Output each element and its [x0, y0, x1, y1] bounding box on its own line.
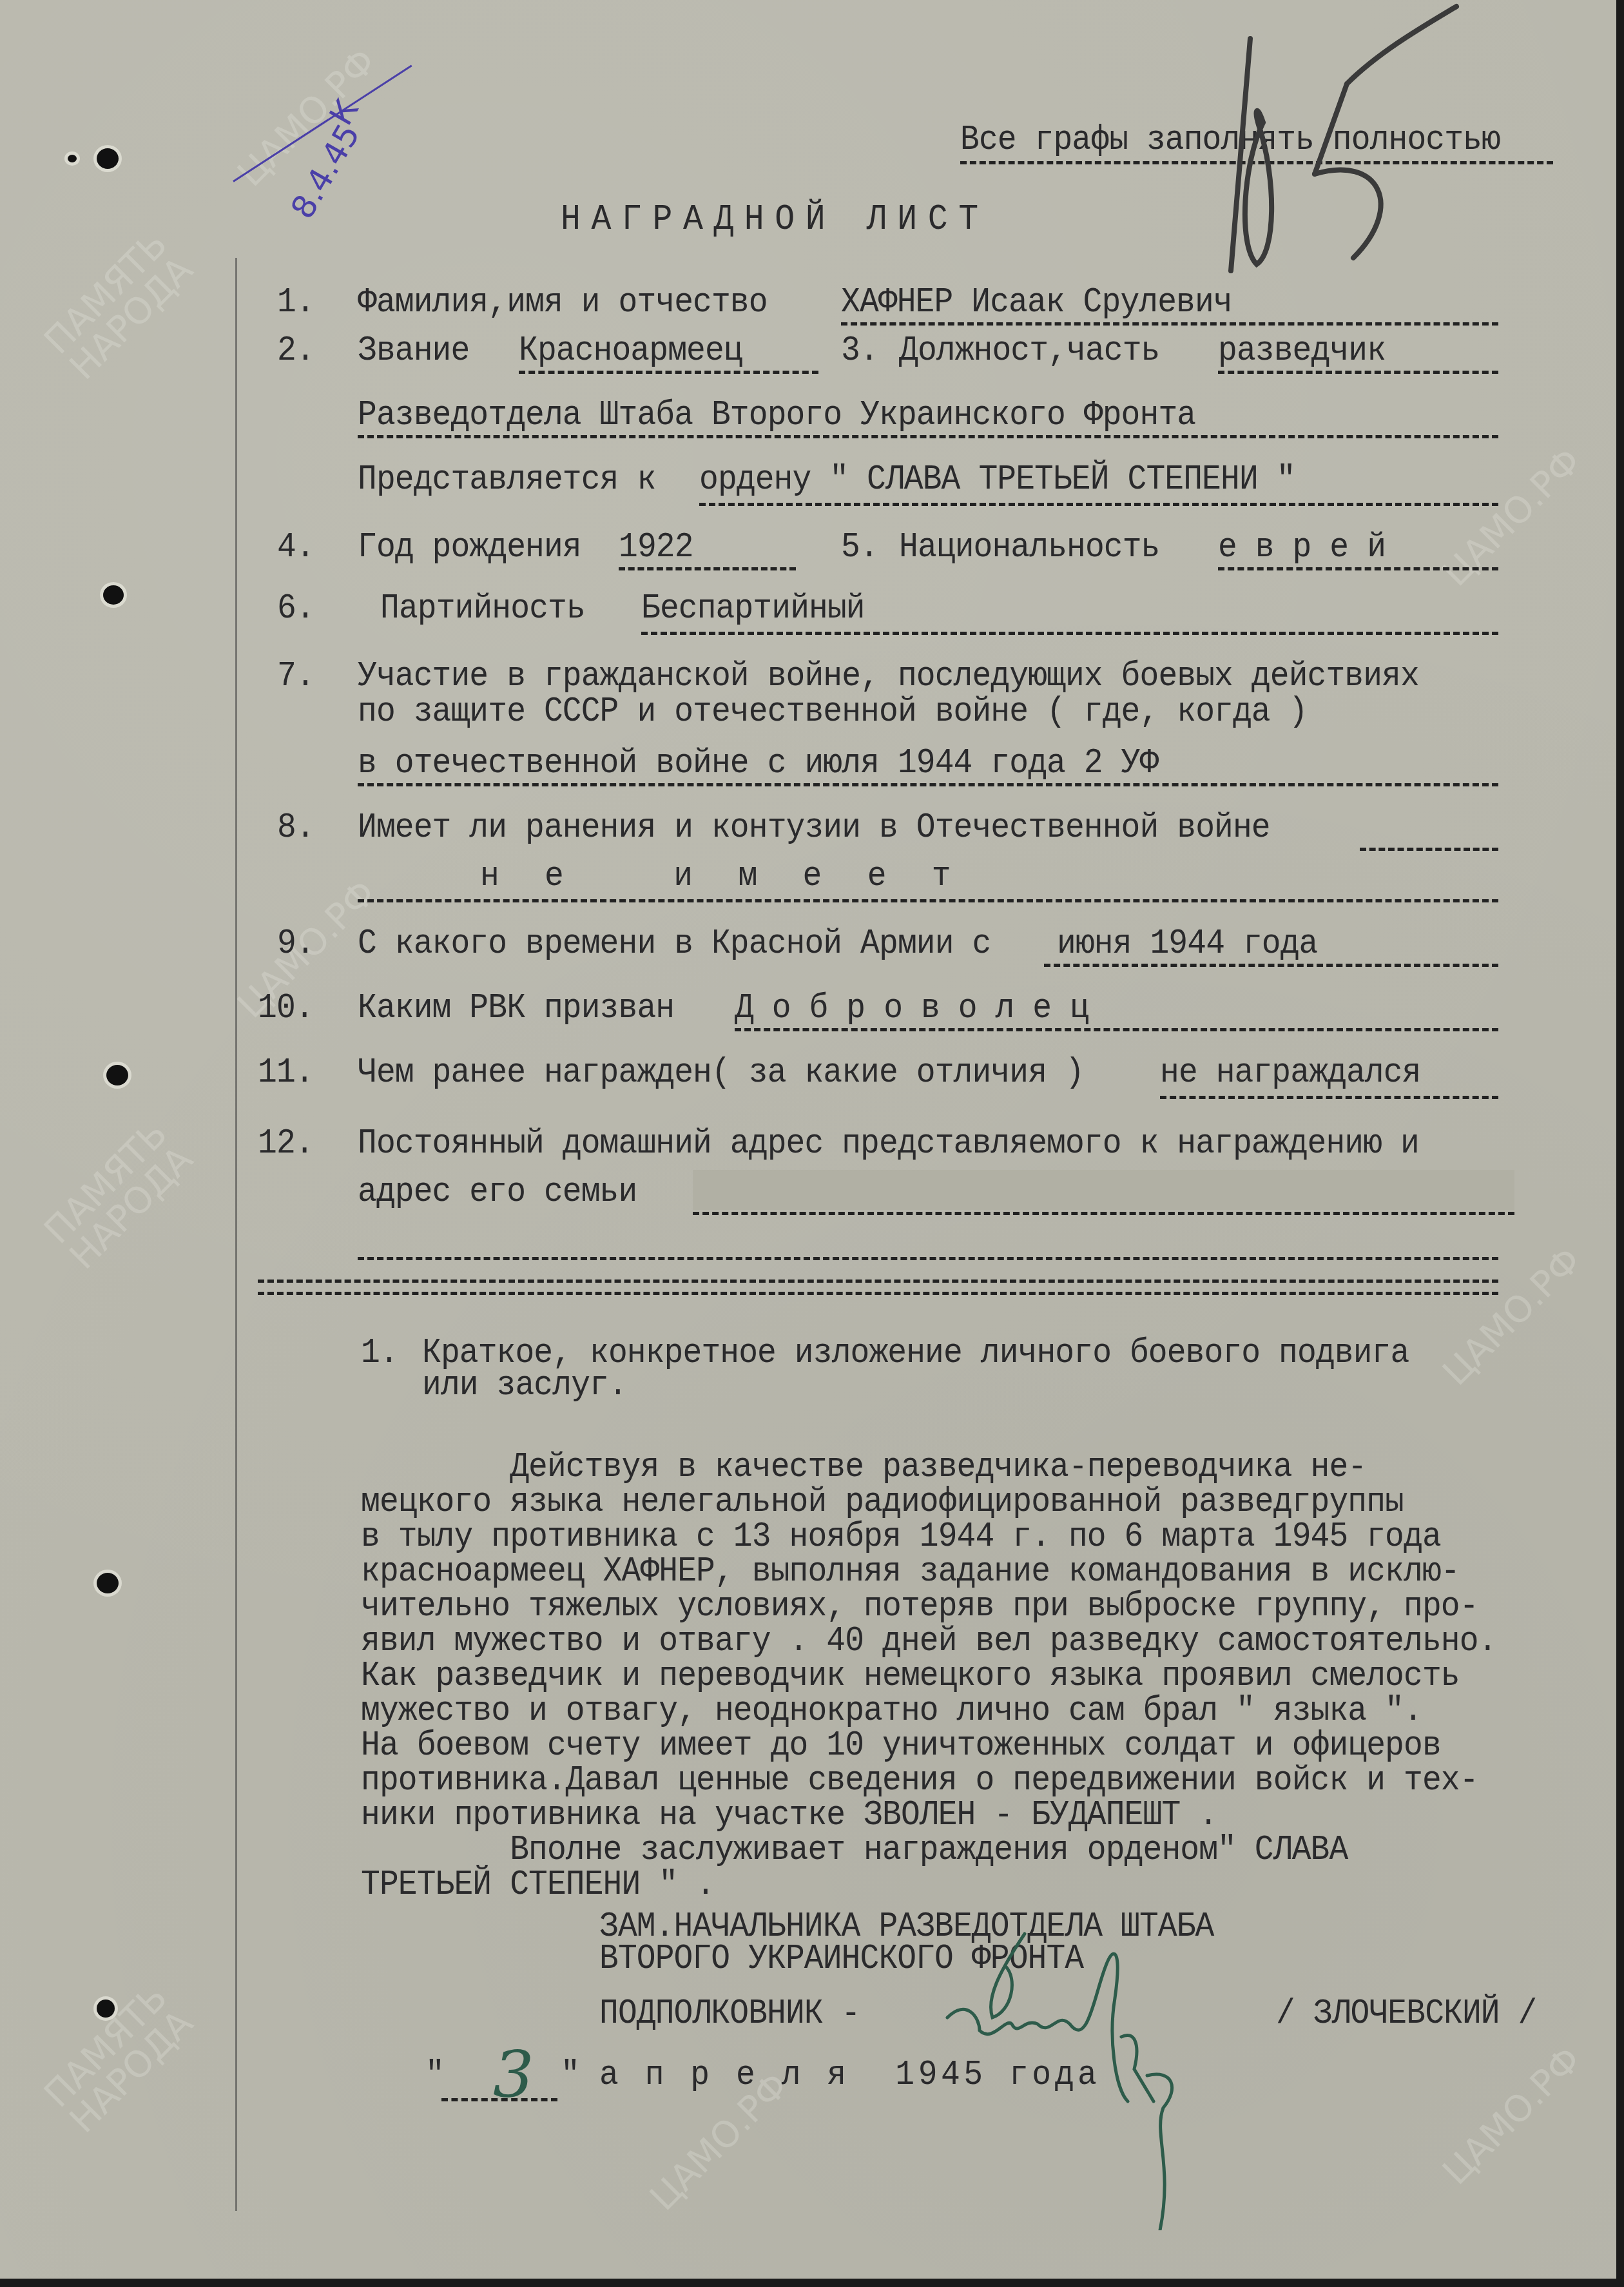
field-4-value[interactable]: 1922: [619, 529, 693, 567]
punch-hole: [103, 585, 124, 605]
field-8-number: 8.: [277, 809, 314, 848]
field-12-underline: [693, 1212, 1514, 1218]
handwritten-number-185: 185: [1186, 0, 1482, 284]
field-7-value[interactable]: в отечественной войне с июля 1944 года 2…: [358, 744, 1158, 783]
narrative-line: явил мужество и отвагу . 40 дней вел раз…: [361, 1624, 1487, 1659]
narrative-line: мужество и отвагу, неоднократно лично са…: [361, 1694, 1487, 1729]
field-2-underline: [519, 371, 818, 377]
field-7-label-line2: по защите СССР и отечественной войне ( г…: [358, 693, 1308, 732]
field-12-redacted-value: [693, 1170, 1514, 1210]
punch-hole: [97, 148, 119, 169]
field-1-value[interactable]: ХАФНЕР Исаак Срулевич: [841, 284, 1232, 322]
field-6-value[interactable]: Беспартийный: [641, 590, 865, 628]
field-8-value[interactable]: н е и м е е т: [480, 857, 964, 896]
field-4-label: Год рождения: [358, 529, 581, 567]
field-11-underline: [1160, 1096, 1498, 1102]
watermark-pamyat-naroda: ПАМЯТЬ НАРОДА: [39, 1979, 199, 2139]
field-5-number: 5.: [841, 529, 878, 567]
narrative-text: Действуя в качестве разведчика-переводчи…: [361, 1450, 1585, 1903]
field-8-underline-inline: [1360, 848, 1498, 854]
field-10-value[interactable]: Д о б р о в о л е ц: [735, 989, 1088, 1028]
field-11-label: Чем ранее награжден( за какие отличия ): [358, 1054, 1084, 1093]
field-1-underline: [841, 322, 1498, 329]
field-11-number: 11.: [258, 1054, 314, 1093]
narrative-line: ники противника на участке ЗВОЛЕН - БУДА…: [361, 1798, 1487, 1833]
presented-label: Представляется к: [358, 461, 655, 500]
field-6-underline: [641, 632, 1498, 638]
field-10-underline: [735, 1028, 1498, 1035]
punch-hole: [106, 1065, 128, 1085]
field-12-underline-2: [358, 1257, 1498, 1263]
punch-hole: [97, 1573, 119, 1593]
date-close-quote: ": [561, 2056, 579, 2095]
field-7-number: 7.: [277, 657, 314, 696]
date-open-quote: ": [425, 2056, 444, 2095]
field-10-label: Каким РВК призван: [358, 989, 674, 1028]
field-5-value[interactable]: е в р е й: [1218, 529, 1386, 567]
narrative-line: На боевом счету имеет до 10 уничтоженных…: [361, 1729, 1487, 1764]
field-5-underline: [1218, 567, 1498, 574]
narrative-line: Как разведчик и переводчик немецкого язы…: [361, 1659, 1487, 1694]
punch-hole: [68, 155, 77, 162]
field-9-value[interactable]: июня 1944 года: [1057, 925, 1318, 964]
presented-value[interactable]: ордену " СЛАВА ТРЕТЬЕЙ СТЕПЕНИ ": [699, 461, 1295, 500]
watermark-pamyat-naroda: ПАМЯТЬ НАРОДА: [39, 226, 199, 386]
field-1-number: 1.: [277, 284, 314, 322]
field-12-label-line2: адрес его семьи: [358, 1173, 637, 1212]
field-3-number: 3.: [841, 332, 878, 371]
narrative-line: ТРЕТЬЕЙ СТЕПЕНИ " .: [361, 1868, 1487, 1903]
field-5-label: Национальность: [899, 529, 1160, 567]
presented-underline: [699, 503, 1498, 509]
field-3-label: Должност,часть: [899, 332, 1160, 371]
field-6-number: 6.: [277, 590, 314, 628]
field-4-number: 4.: [277, 529, 314, 567]
signatory-rank: ПОДПОЛКОВНИК -: [599, 1995, 860, 2034]
narrative-line: красноармеец ХАФНЕР, выполняя задание ко…: [361, 1555, 1487, 1590]
field-3-value-continued[interactable]: Разведотдела Штаба Второго Украинского Ф…: [358, 396, 1195, 435]
date-month-year: а п р е л я 1945 года: [599, 2056, 1100, 2095]
watermark-tsamo: ЦАМО.РФ: [1437, 2041, 1587, 2191]
narrative-line: противника.Давал ценные сведения о перед…: [361, 1764, 1487, 1798]
watermark-pamyat-naroda: ПАМЯТЬ НАРОДА: [39, 1115, 199, 1276]
section-divider: [258, 1280, 1498, 1295]
field-10-number: 10.: [258, 989, 314, 1028]
document-title: НАГРАДНОЙ ЛИСТ: [561, 200, 989, 238]
date-day-underline: [441, 2098, 557, 2105]
field-11-value[interactable]: не награждался: [1160, 1054, 1421, 1093]
field-6-label: Партийность: [380, 590, 585, 628]
field-2-value[interactable]: Красноармеец: [519, 332, 742, 371]
field-7-underline: [358, 783, 1498, 790]
field-12-label-line1: Постоянный домашний адрес представляемог…: [358, 1125, 1419, 1163]
narrative-line: чительно тяжелых условиях, потеряв при в…: [361, 1590, 1487, 1624]
narrative-line: мецкого языка нелегальной радиофицирован…: [361, 1485, 1487, 1520]
field-4-underline: [619, 567, 796, 574]
narrative-line: Вполне заслуживает награждения орденом" …: [361, 1833, 1487, 1868]
field-8-label: Имеет ли ранения и контузии в Отечествен…: [358, 809, 1270, 848]
field-3-cont-underline: [358, 435, 1498, 442]
field-9-label: С какого времени в Красной Армии с: [358, 925, 991, 964]
field-2-number: 2.: [277, 332, 314, 371]
field-9-number: 9.: [277, 925, 314, 964]
watermark-tsamo: ЦАМО.РФ: [1437, 1241, 1587, 1392]
award-sheet-page: ПАМЯТЬ НАРОДА ПАМЯТЬ НАРОДА ПАМЯТЬ НАРОД…: [0, 0, 1616, 2279]
field-7-label-line1: Участие в гражданской войне, последующих…: [358, 657, 1419, 696]
field-2-label: Звание: [358, 332, 469, 371]
margin-line: [235, 258, 237, 2211]
field-8-underline: [358, 899, 1498, 906]
narrative-line: Действуя в качестве разведчика-переводчи…: [361, 1450, 1487, 1485]
field-12-number: 12.: [258, 1125, 314, 1163]
section2-number: 1.: [361, 1334, 398, 1373]
field-3-value[interactable]: разведчик: [1218, 332, 1386, 371]
field-3-underline: [1218, 371, 1498, 377]
narrative-line: в тылу противника с 13 ноября 1944 г. по…: [361, 1520, 1487, 1555]
section2-heading-line2: или заслуг.: [422, 1367, 627, 1405]
field-9-underline: [1044, 964, 1498, 970]
field-1-label: Фамилия,имя и отчество: [358, 284, 768, 322]
punch-hole: [97, 2000, 115, 2018]
